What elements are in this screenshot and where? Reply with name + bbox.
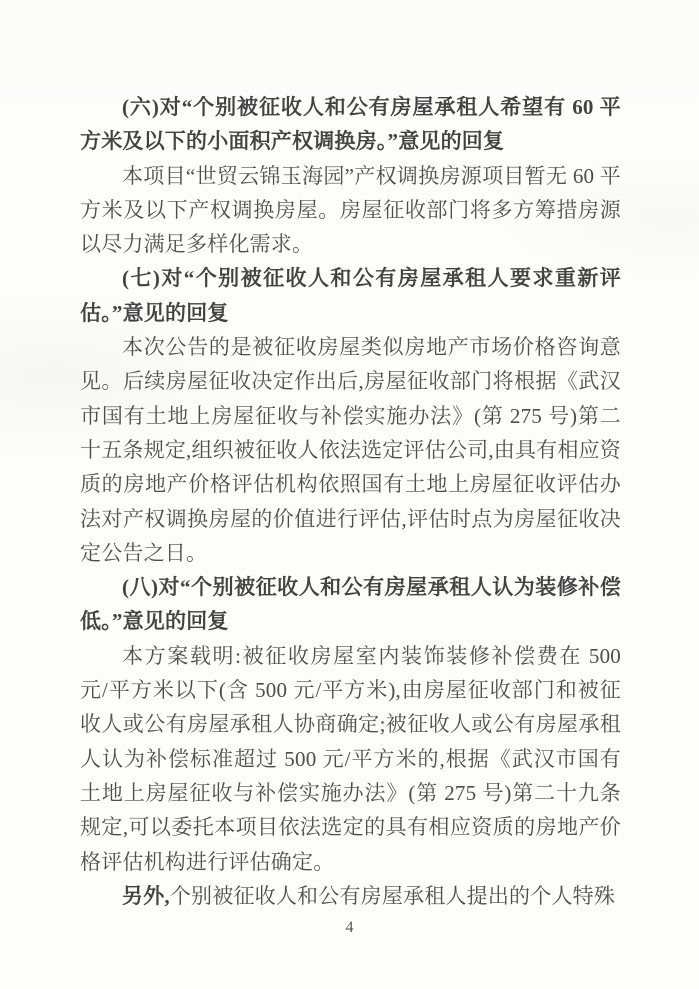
section-8-reply: 本方案载明:被征收房屋室内装饰装修补偿费在 500 元/平方米以下(含 500 … (80, 639, 621, 879)
closing-paragraph: 另外,个别被征收人和公有房屋承租人提出的个人特殊 (80, 879, 621, 913)
section-7-reply: 本次公告的是被征收房屋类似房地产市场价格咨询意见。后续房屋征收决定作出后,房屋征… (80, 330, 621, 570)
section-6-heading: (六)对“个别被征收人和公有房屋承租人希望有 60 平方米及以下的小面积产权调换… (80, 90, 621, 159)
document-body: (六)对“个别被征收人和公有房屋承租人希望有 60 平方米及以下的小面积产权调换… (80, 90, 621, 913)
section-8-heading: (八)对“个别被征收人和公有房屋承租人认为装修补偿低。”意见的回复 (80, 570, 621, 639)
section-7-heading: (七)对“个别被征收人和公有房屋承租人要求重新评估。”意见的回复 (80, 261, 621, 330)
section-6-reply: 本项目“世贸云锦玉海园”产权调换房源项目暂无 60 平方米及以下产权调换房屋。房… (80, 159, 621, 262)
document-page: (六)对“个别被征收人和公有房屋承租人希望有 60 平方米及以下的小面积产权调换… (0, 0, 699, 989)
closing-paragraph-text: 个别被征收人和公有房屋承租人提出的个人特殊 (170, 884, 615, 908)
closing-paragraph-lead: 另外, (122, 884, 170, 908)
page-number: 4 (0, 919, 699, 937)
